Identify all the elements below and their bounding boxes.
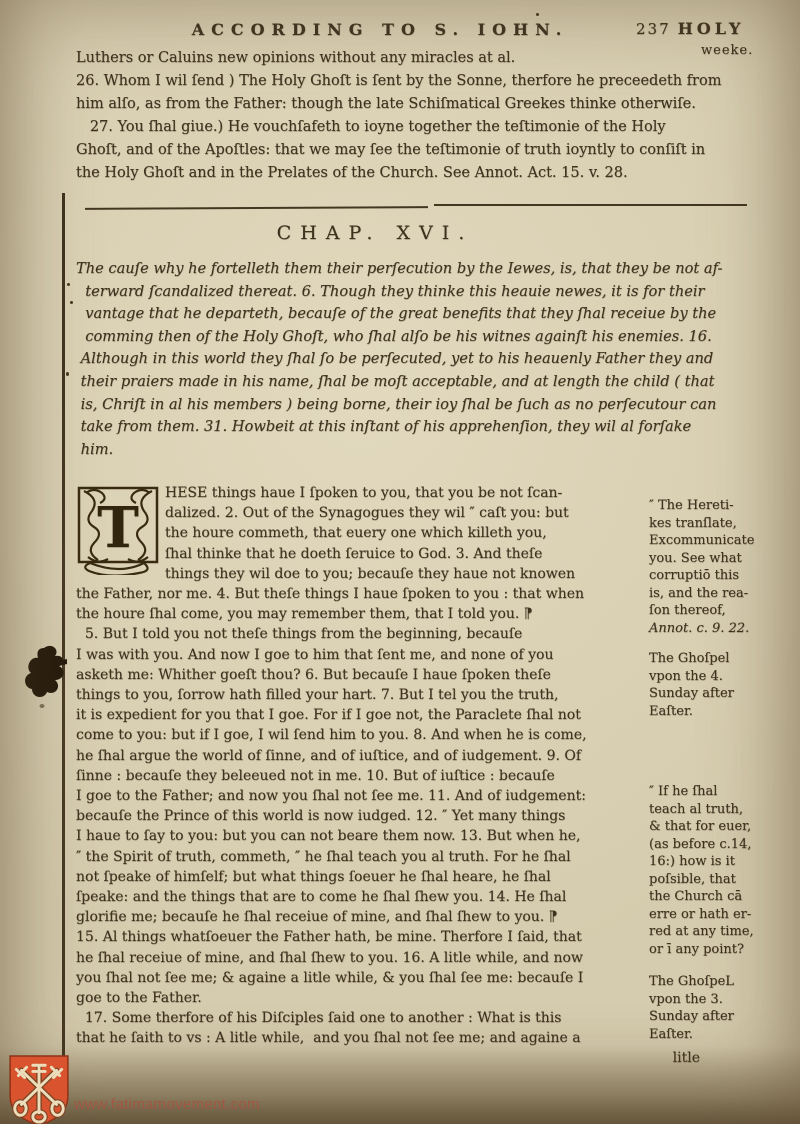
margin-note-1-text: ″ The Hereti- kes tranſlate, Excommunica… [649, 497, 769, 620]
paragraph-1: T HESE things haue I ſpoken to you, that… [76, 483, 650, 624]
chapter-argument: The cauſe why he fortelleth them their p… [76, 258, 756, 461]
divider-rule-left [85, 206, 428, 210]
text-column-rule [62, 193, 65, 1063]
drop-cap-letter: T [97, 495, 139, 561]
book-page: ACCORDING TO S. IOHN. 237HOLY weeke. Lut… [0, 0, 800, 1124]
page-header-right: 237HOLY [636, 19, 744, 38]
body-text-block: T HESE things haue I ſpoken to you, that… [76, 483, 650, 1049]
watermark-url: www.fatimamovement.com [74, 1096, 260, 1113]
ink-speck [70, 301, 73, 304]
ink-speck [66, 372, 69, 376]
page-edge-shadow-left [0, 0, 18, 1124]
page-number: 237 [636, 20, 671, 38]
margin-note-1: ″ The Hereti- kes tranſlate, Excommunica… [649, 497, 769, 637]
papal-keys-crest-icon [6, 1052, 72, 1124]
running-title-right: HOLY [678, 19, 745, 38]
running-title: ACCORDING TO S. IOHN. [150, 20, 610, 39]
paragraph-2: 5. But I told you not theſe things from … [76, 624, 650, 1008]
paragraph-3: 17. Some therfore of his Diſciples ſaid … [76, 1008, 650, 1048]
ink-speck [536, 13, 539, 16]
margin-note-3: ″ If he ſhal teach al truth, & that for … [649, 783, 769, 958]
drop-cap-woodcut-icon: T [76, 485, 160, 575]
margin-note-4: The GhoſpeL vpon the 3. Sunday after Eaſ… [649, 973, 769, 1043]
top-annotation-block: Luthers or Caluins new opinions without … [76, 47, 758, 185]
margin-note-2: The Ghoſpel vpon the 4. Sunday after Eaſ… [649, 650, 769, 720]
margin-note-1-ref: Annot. c. 9. 22. [649, 620, 769, 638]
chapter-heading: CHAP. XVI. [95, 222, 655, 244]
catchword: litle [555, 1050, 700, 1066]
divider-rule-right [434, 204, 747, 206]
ink-speck [67, 283, 70, 286]
ink-blot-icon [22, 640, 68, 712]
